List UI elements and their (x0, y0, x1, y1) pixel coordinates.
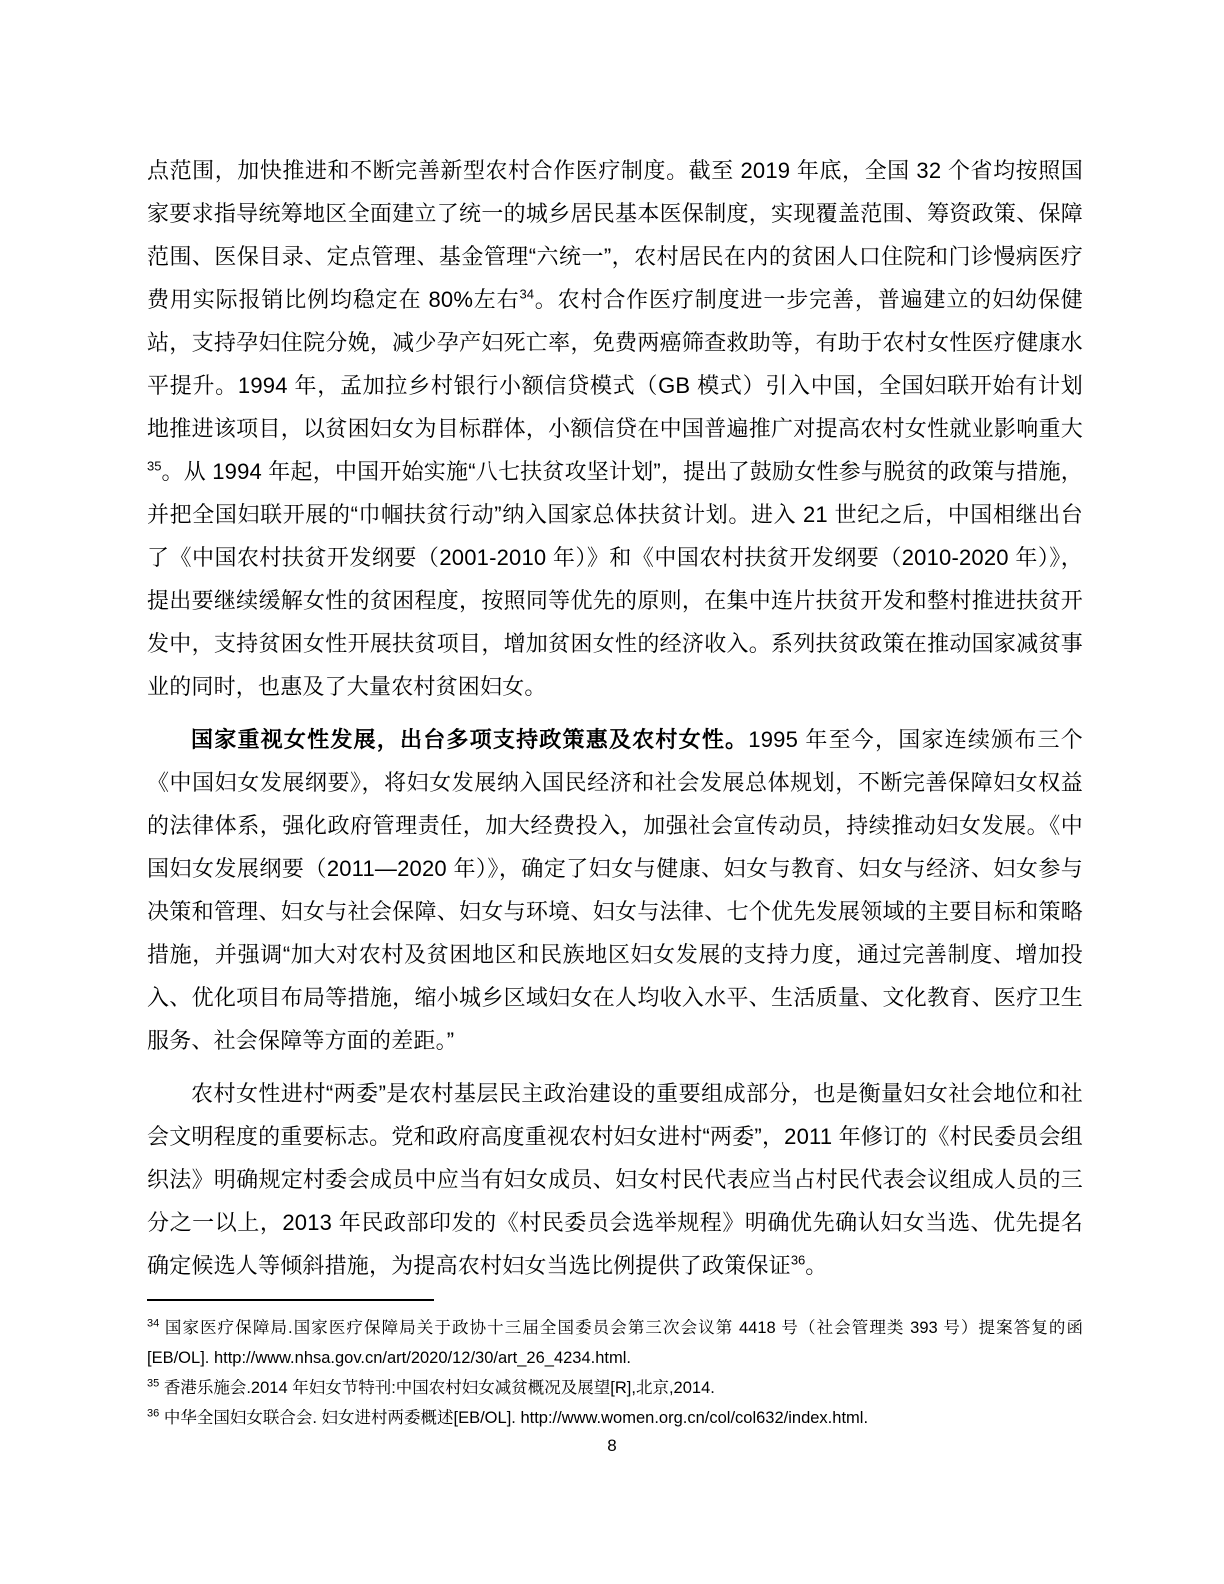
footnote-35-text: 香港乐施会.2014 年妇女节特刊:中国农村妇女减贫概况及展望[R],北京,20… (159, 1379, 715, 1397)
footnote-separator (147, 1299, 434, 1301)
footnote-ref-36: 36 (791, 1253, 805, 1268)
footnote-34: 34 国家医疗保障局.国家医疗保障局关于政协十三届全国委员会第三次会议第 441… (147, 1313, 1083, 1373)
footnote-36-marker: 36 (147, 1408, 159, 1420)
footnote-36: 36 中华全国妇女联合会. 妇女进村两委概述[EB/OL]. http://ww… (147, 1403, 1083, 1433)
paragraph-1: 点范围，加快推进和不断完善新型农村合作医疗制度。截至 2019 年底，全国 32… (147, 149, 1083, 708)
paragraph-3-text: 。 (805, 1253, 827, 1278)
footnote-ref-34: 34 (520, 287, 534, 302)
paragraph-3-text: 农村女性进村“两委”是农村基层民主政治建设的重要组成部分，也是衡量妇女社会地位和… (147, 1081, 1083, 1278)
footnote-35-marker: 35 (147, 1378, 159, 1390)
paragraph-2: 国家重视女性发展，出台多项支持政策惠及农村女性。1995 年至今，国家连续颁布三… (147, 718, 1083, 1062)
footnote-34-marker: 34 (147, 1318, 159, 1330)
document-page: 点范围，加快推进和不断完善新型农村合作医疗制度。截至 2019 年底，全国 32… (0, 0, 1224, 1584)
footnote-34-text: 国家医疗保障局.国家医疗保障局关于政协十三届全国委员会第三次会议第 4418 号… (147, 1319, 1083, 1367)
footnote-ref-35: 35 (147, 459, 161, 474)
footnote-36-text: 中华全国妇女联合会. 妇女进村两委概述[EB/OL]. http://www.w… (159, 1409, 868, 1427)
paragraph-2-bold-lead: 国家重视女性发展，出台多项支持政策惠及农村女性。 (191, 727, 748, 752)
paragraph-1-text: 。从 1994 年起，中国开始实施“八七扶贫攻坚计划”，提出了鼓励女性参与脱贫的… (147, 459, 1083, 699)
footnote-35: 35 香港乐施会.2014 年妇女节特刊:中国农村妇女减贫概况及展望[R],北京… (147, 1373, 1083, 1403)
page-number: 8 (0, 1434, 1224, 1458)
paragraph-3: 农村女性进村“两委”是农村基层民主政治建设的重要组成部分，也是衡量妇女社会地位和… (147, 1072, 1083, 1287)
paragraph-2-text: 1995 年至今，国家连续颁布三个《中国妇女发展纲要》，将妇女发展纳入国民经济和… (147, 727, 1083, 1053)
footnotes-section: 34 国家医疗保障局.国家医疗保障局关于政协十三届全国委员会第三次会议第 441… (147, 1313, 1083, 1433)
document-body: 点范围，加快推进和不断完善新型农村合作医疗制度。截至 2019 年底，全国 32… (147, 149, 1083, 1297)
